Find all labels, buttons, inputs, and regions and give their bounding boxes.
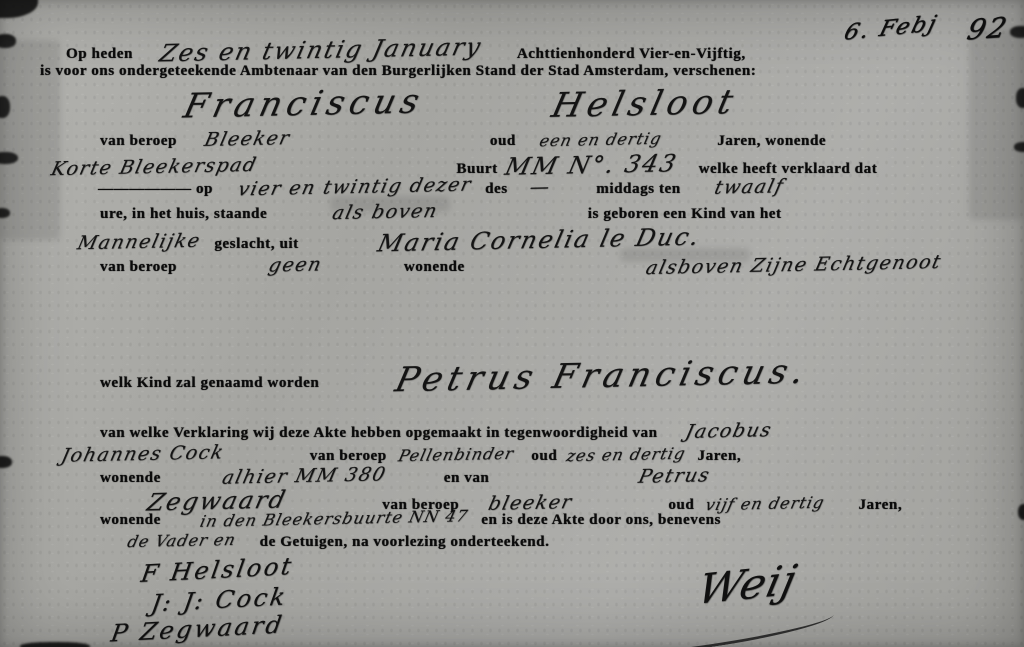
handwritten-text: Franciscus <box>180 82 428 127</box>
printed-text: en is deze Akte door ons, benevens <box>481 512 721 529</box>
printed-text: Op heden <box>66 46 133 63</box>
document-line: Johannes Cockvan beroepPellenbinderoudze… <box>0 443 1024 465</box>
printed-text: des <box>485 181 508 198</box>
handwritten-text: Jacobus <box>683 419 774 443</box>
handwritten-text: Pellenbinder <box>396 444 515 465</box>
handwritten-text: Petrus <box>637 464 713 487</box>
handwritten-text: een en dertig <box>537 129 663 151</box>
printed-text: oud <box>531 448 557 465</box>
handwritten-text: alhier MM 380 <box>220 463 389 488</box>
document-line: welk Kind zal genaamd wordenPetrus Franc… <box>0 356 1024 396</box>
printed-text: de Getuigen, na voorlezing onderteekend. <box>260 534 550 551</box>
document-line: van welke Verklaring wij deze Akte hebbe… <box>0 420 1024 442</box>
document-line: wonendein den Bleekersbuurte NN 47en is … <box>0 509 1024 529</box>
handwritten-text: zes en dertig <box>565 444 688 465</box>
handwritten-text: — <box>527 176 553 198</box>
handwritten-text: in den Bleekersbuurte NN 47 <box>198 506 470 531</box>
printed-text: van welke Verklaring wij deze Akte hebbe… <box>100 425 658 442</box>
handwritten-text: Mannelijke <box>75 230 203 255</box>
printed-text: is geboren een Kind van het <box>588 206 782 223</box>
printed-text: welk Kind zal genaamd worden <box>100 375 319 392</box>
handwritten-text: Helsloot <box>548 82 742 126</box>
printed-text: van beroep <box>310 448 387 465</box>
handwritten-text: als boven <box>330 200 440 224</box>
handwritten-text: alsboven Zijne Echtgenoot <box>644 251 944 279</box>
document-line: is voor ons ondergeteekende Ambtenaar va… <box>0 62 1024 80</box>
printed-text: wonende <box>404 259 465 276</box>
handwritten-text: Johannes Cock <box>59 441 227 466</box>
printed-text: wonende <box>100 512 161 529</box>
printed-text: en van <box>444 470 490 487</box>
printed-text: Achttienhonderd Vier-en-Vijftig, <box>517 46 746 63</box>
printed-text: geslacht, uit <box>214 236 298 253</box>
document-line: ure, in het huis, staandeals bovenis geb… <box>0 201 1024 223</box>
handwritten-text: de Vader en <box>126 530 239 551</box>
document-line: FranciscusHelsloot <box>0 84 1024 124</box>
printed-text: wonende <box>100 470 161 487</box>
document-line: van beroepgeenwonendealsboven Zijne Echt… <box>0 254 1024 276</box>
printed-text: middags ten <box>596 181 681 198</box>
witness-signature: P Zegwaard <box>109 611 286 647</box>
printed-text: Jaren, wonende <box>717 133 826 150</box>
official-signature: Weij <box>693 555 801 614</box>
printed-text: van beroep <box>100 259 177 276</box>
handwritten-text: vier en twintig dezer <box>236 174 474 201</box>
document-line: de Vader ende Getuigen, na voorlezing on… <box>0 531 1024 551</box>
printed-text: is voor ons ondergeteekende Ambtenaar va… <box>40 63 756 80</box>
scan-artifact <box>20 642 90 647</box>
scan-artifact <box>0 0 38 18</box>
printed-text: oud <box>490 133 516 150</box>
printed-text: Jaren, <box>698 448 742 465</box>
document-line: Op hedenZes en twintig JanuaryAchttienho… <box>0 36 1024 64</box>
printed-text: —————— op <box>98 181 213 198</box>
document-line: —————— opvier en twintig dezerdes—middag… <box>0 176 1024 198</box>
printed-text: ure, in het huis, staande <box>100 206 267 223</box>
document-line: wonendealhier MM 380en vanPetrus <box>0 465 1024 487</box>
document-line: Korte BleekerspadBuurtMM N°. 343welke he… <box>0 151 1024 179</box>
printed-text: van beroep <box>100 133 177 150</box>
handwritten-text: Bleeker <box>202 127 292 151</box>
document-line: Mannelijkegeslacht, uitMaria Cornelia le… <box>0 226 1024 254</box>
handwritten-text: twaalf <box>712 175 786 198</box>
document-page: 6. Febj 92 Op hedenZes en twintig Januar… <box>0 0 1024 647</box>
handwritten-text: Petrus Franciscus. <box>392 352 813 401</box>
handwritten-text: Maria Cornelia le Duc. <box>375 223 703 258</box>
document-line: van beroepBleekeroudeen en dertigJaren, … <box>0 128 1024 150</box>
handwritten-text: geen <box>266 253 324 276</box>
